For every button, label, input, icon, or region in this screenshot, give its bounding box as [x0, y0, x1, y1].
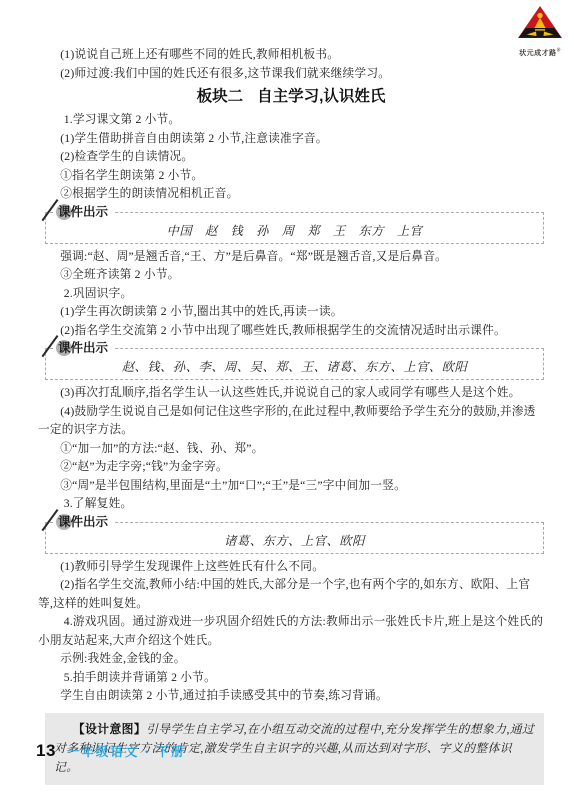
paragraph: (1)学生再次朗读第 2 小节,圈出其中的姓氏,再读一读。: [38, 303, 544, 322]
page-footer: 13 一年级语文 · 下册: [36, 741, 186, 761]
courseware-content: 诸葛、东方、上官、欧阳: [54, 533, 535, 549]
paragraph: 3.了解复姓。: [38, 495, 544, 514]
book-title: 一年级语文 · 下册: [67, 742, 186, 760]
paragraph: ①指名学生朗读第 2 小节。: [38, 167, 544, 186]
paragraph: (4)鼓励学生说说自己是如何记住这些字形的,在此过程中,教师要给予学生充分的鼓励…: [38, 403, 544, 440]
section-header: 板块二自主学习,认识姓氏: [38, 86, 544, 108]
page-number: 13: [36, 741, 56, 761]
courseware-content: 赵、钱、孙、李、周、吴、郑、王、诸葛、东方、上官、欧阳: [54, 359, 535, 375]
courseware-label: 课件出示: [55, 514, 115, 530]
paragraph: (1)学生借助拼音自由朗读第 2 小节,注意读准字音。: [38, 130, 544, 149]
paragraph: (2)指名学生交流,教师小结:中国的姓氏,大部分是一个字,也有两个字的,如东方、…: [38, 576, 544, 613]
paragraph: (3)再次打乱顺序,指名学生认一认这些姓氏,并说说自己的家人或同学有哪些人是这个…: [38, 384, 544, 403]
paragraph: ③“周”是半包围结构,里面是“土”加“口”;“王”是“三”字中间加一竖。: [38, 477, 544, 496]
courseware-box-2: 课件出示 赵、钱、孙、李、周、吴、郑、王、诸葛、东方、上官、欧阳: [45, 348, 544, 380]
section-header-title: 自主学习,认识姓氏: [257, 88, 385, 105]
section-header-number: 板块二: [197, 88, 244, 105]
paragraph: 强调:“赵、周”是翘舌音,“王、方”是后鼻音。“郑”既是翘舌音,又是后鼻音。: [38, 248, 544, 267]
paragraph: 4.游戏巩固。通过游戏进一步巩固介绍姓氏的方法:教师出示一张姓氏卡片,班上是这个…: [38, 613, 544, 650]
paragraph: ①“加一加”的方法:“赵、钱、孙、郑”。: [38, 440, 544, 459]
paragraph: (2)检查学生的自读情况。: [38, 148, 544, 167]
courseware-box-1: 课件出示 中国 赵 钱 孙 周 郑 王 东方 上官: [45, 212, 544, 244]
paragraph: ③全班齐读第 2 小节。: [38, 266, 544, 285]
paragraph: 5.拍手朗读并背诵第 2 小节。: [38, 669, 544, 688]
paragraph: (1)说说自己班上还有哪些不同的姓氏,教师相机板书。: [38, 46, 544, 65]
design-intent-label: 【设计意图】: [73, 722, 146, 736]
paragraph: (2)师过渡:我们中国的姓氏还有很多,这节课我们就来继续学习。: [38, 65, 544, 84]
courseware-label: 课件出示: [55, 340, 115, 356]
paragraph: ②“赵”为走字旁;“钱”为金字旁。: [38, 458, 544, 477]
lesson-plan-page: (1)说说自己班上还有哪些不同的姓氏,教师相机板书。 (2)师过渡:我们中国的姓…: [0, 0, 574, 785]
courseware-box-3: 课件出示 诸葛、东方、上官、欧阳: [45, 522, 544, 554]
paragraph: 1.学习课文第 2 小节。: [38, 111, 544, 130]
courseware-label: 课件出示: [55, 204, 115, 220]
paragraph: 示例:我姓金,金钱的金。: [38, 650, 544, 669]
paragraph: 学生自由朗读第 2 小节,通过拍手读感受其中的节奏,练习背诵。: [38, 687, 544, 706]
paragraph: ②根据学生的朗读情况相机正音。: [38, 185, 544, 204]
paragraph: 2.巩固识字。: [38, 285, 544, 304]
paragraph: (2)指名学生交流第 2 小节中出现了哪些姓氏,教师根据学生的交流情况适时出示课…: [38, 322, 544, 341]
paragraph: (1)教师引导学生发现课件上这些姓氏有什么不同。: [38, 558, 544, 577]
courseware-content: 中国 赵 钱 孙 周 郑 王 东方 上官: [54, 223, 535, 239]
